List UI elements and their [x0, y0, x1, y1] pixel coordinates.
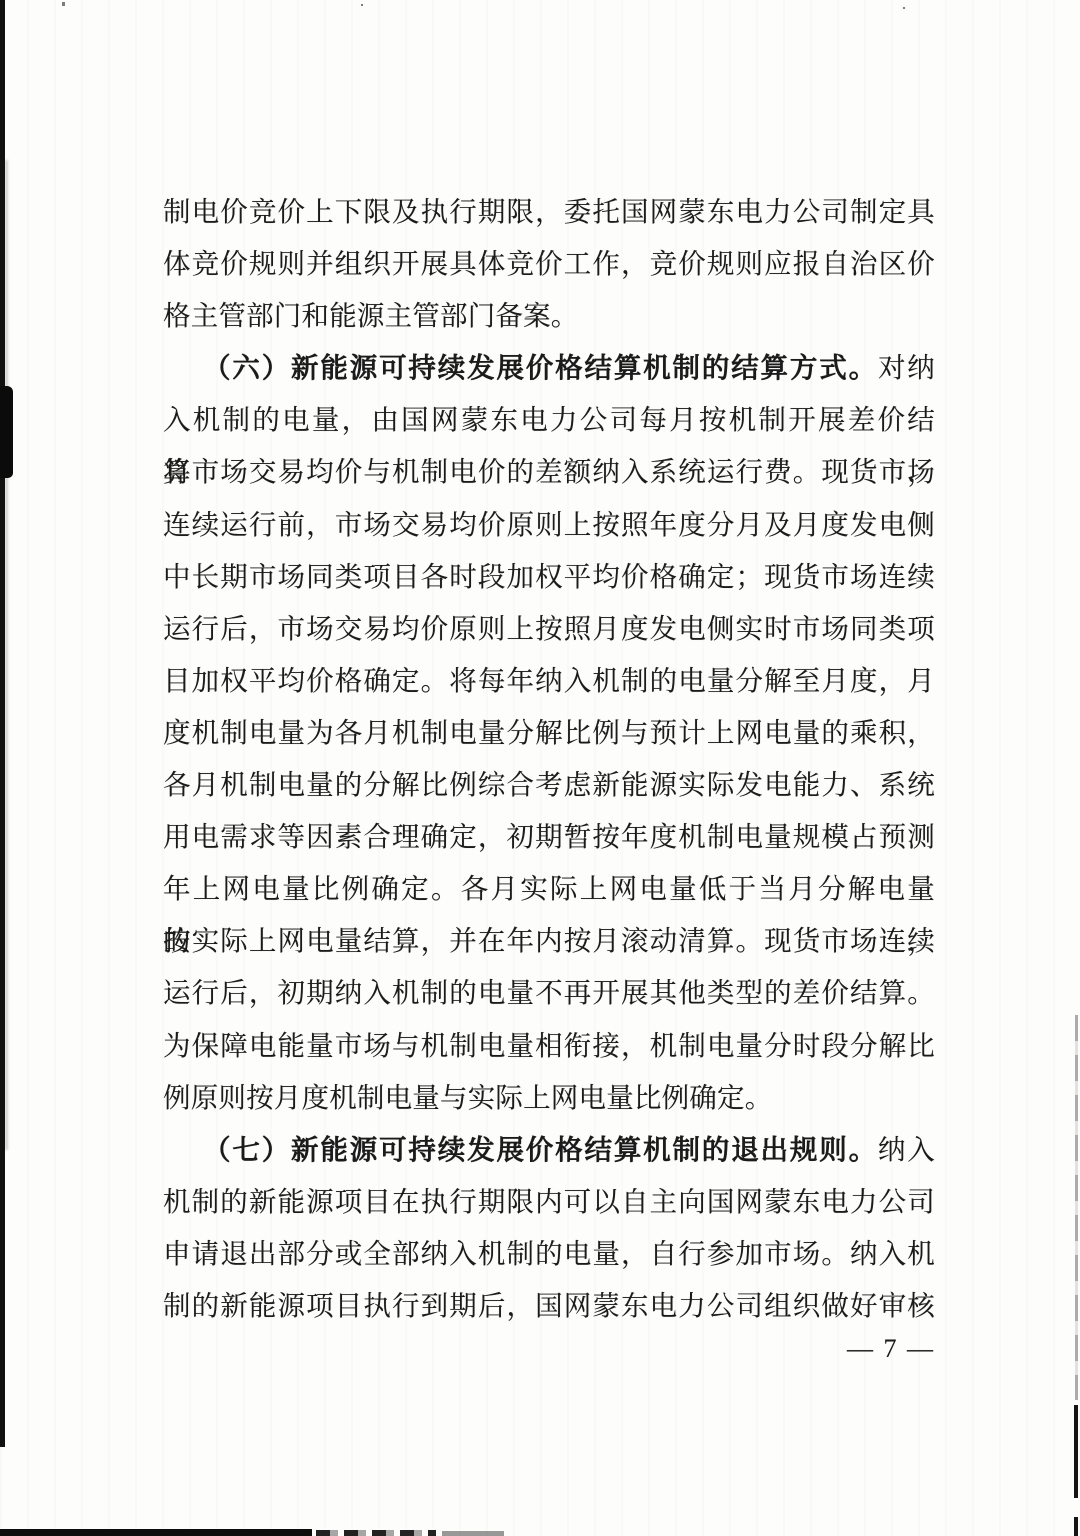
scan-speck [903, 7, 905, 9]
body-text: 制电价竞价上下限及执行期限，委托国网蒙东电力公司制定具 [163, 196, 935, 227]
body-text: 目加权平均价格确定。将每年纳入机制的电量分解至月度，月 [163, 665, 935, 696]
text-line: 制电价竞价上下限及执行期限，委托国网蒙东电力公司制定具 [163, 186, 935, 238]
scan-edge-bottom [0, 1529, 312, 1536]
text-line: 体竞价规则并组织开展具体竞价工作，竞价规则应报自治区价 [163, 238, 935, 290]
page-number: — 7 — [163, 1334, 935, 1364]
body-text: 为保障电能量市场与机制电量相衔接，机制电量分时段分解比 [163, 1030, 935, 1061]
body-text: 格主管部门和能源主管部门备案。 [163, 300, 579, 331]
text-line: 目加权平均价格确定。将每年纳入机制的电量分解至月度，月 [163, 655, 935, 707]
text-line: 机制的新能源项目在执行期限内可以自主向国网蒙东电力公司 [163, 1176, 935, 1228]
body-text: 度机制电量为各月机制电量分解比例与预计上网电量的乘积， [163, 717, 935, 748]
document-page: 制电价竞价上下限及执行期限，委托国网蒙东电力公司制定具体竞价规则并组织开展具体竞… [0, 0, 1080, 1536]
body-text: 申请退出部分或全部纳入机制的电量，自行参加市场。纳入机 [163, 1238, 935, 1269]
text-line: 制的新能源项目执行到期后，国网蒙东电力公司组织做好审核 [163, 1280, 935, 1332]
body-text: 制的新能源项目执行到期后，国网蒙东电力公司组织做好审核 [163, 1290, 935, 1321]
scan-edge-left-blob [0, 386, 13, 478]
text-line: 按实际上网电量结算，并在年内按月滚动清算。现货市场连续 [163, 915, 935, 967]
text-line: 年上网电量比例确定。各月实际上网电量低于当月分解电量的， [163, 863, 935, 915]
scan-speck [361, 4, 363, 6]
scan-speck [62, 2, 65, 6]
body-text: 例原则按月度机制电量与实际上网电量比例确定。 [163, 1082, 772, 1113]
body-text: 中长期市场同类项目各时段加权平均价格确定；现货市场连续 [163, 561, 935, 592]
scan-edge-right-tail [1074, 1517, 1078, 1536]
scan-edge-bottom-faint [442, 1531, 504, 1536]
text-line: 度机制电量为各月机制电量分解比例与预计上网电量的乘积， [163, 707, 935, 759]
text-line: 运行后，市场交易均价原则上按照月度发电侧实时市场同类项 [163, 603, 935, 655]
scan-edge-left-shadow [5, 160, 8, 1150]
text-line: 连续运行前，市场交易均价原则上按照年度分月及月度发电侧 [163, 499, 935, 551]
document-lines: 制电价竞价上下限及执行期限，委托国网蒙东电力公司制定具体竞价规则并组织开展具体竞… [163, 186, 935, 1332]
text-line: 例原则按月度机制电量与实际上网电量比例确定。 [163, 1072, 935, 1124]
text-line: 为保障电能量市场与机制电量相衔接，机制电量分时段分解比 [163, 1020, 935, 1072]
body-text: 机制的新能源项目在执行期限内可以自主向国网蒙东电力公司 [163, 1186, 935, 1217]
scan-edge-right-dark [1074, 1405, 1078, 1498]
text-line: 用电需求等因素合理确定，初期暂按年度机制电量规模占预测 [163, 811, 935, 863]
body-text: 连续运行前，市场交易均价原则上按照年度分月及月度发电侧 [163, 509, 935, 540]
body-text: 按实际上网电量结算，并在年内按月滚动清算。现货市场连续 [163, 925, 935, 956]
body-text: 对纳 [878, 352, 935, 383]
scan-edge-bottom-broken [316, 1530, 436, 1536]
body-text: 纳入 [878, 1134, 935, 1165]
text-line: 中长期市场同类项目各时段加权平均价格确定；现货市场连续 [163, 551, 935, 603]
text-line: 入机制的电量，由国网蒙东电力公司每月按机制开展差价结算， [163, 394, 935, 446]
heading-text: （七）新能源可持续发展价格结算机制的退出规则。 [203, 1134, 878, 1165]
body-text: 运行后，初期纳入机制的电量不再开展其他类型的差价结算。 [163, 977, 935, 1008]
body-text: 体竞价规则并组织开展具体竞价工作，竞价规则应报自治区价 [163, 248, 935, 279]
text-line: 将市场交易均价与机制电价的差额纳入系统运行费。现货市场 [163, 446, 935, 498]
body-text: 用电需求等因素合理确定，初期暂按年度机制电量规模占预测 [163, 821, 935, 852]
text-line: （七）新能源可持续发展价格结算机制的退出规则。纳入 [163, 1124, 935, 1176]
scan-edge-right-faint [1075, 1015, 1078, 1400]
heading-text: （六）新能源可持续发展价格结算机制的结算方式。 [203, 352, 878, 383]
body-text: 各月机制电量的分解比例综合考虑新能源实际发电能力、系统 [163, 769, 935, 800]
text-line: （六）新能源可持续发展价格结算机制的结算方式。对纳 [163, 342, 935, 394]
body-text: 将市场交易均价与机制电价的差额纳入系统运行费。现货市场 [163, 456, 935, 487]
text-line: 运行后，初期纳入机制的电量不再开展其他类型的差价结算。 [163, 967, 935, 1019]
text-line: 申请退出部分或全部纳入机制的电量，自行参加市场。纳入机 [163, 1228, 935, 1280]
body-text: 运行后，市场交易均价原则上按照月度发电侧实时市场同类项 [163, 613, 935, 644]
text-line: 格主管部门和能源主管部门备案。 [163, 290, 935, 342]
text-line: 各月机制电量的分解比例综合考虑新能源实际发电能力、系统 [163, 759, 935, 811]
